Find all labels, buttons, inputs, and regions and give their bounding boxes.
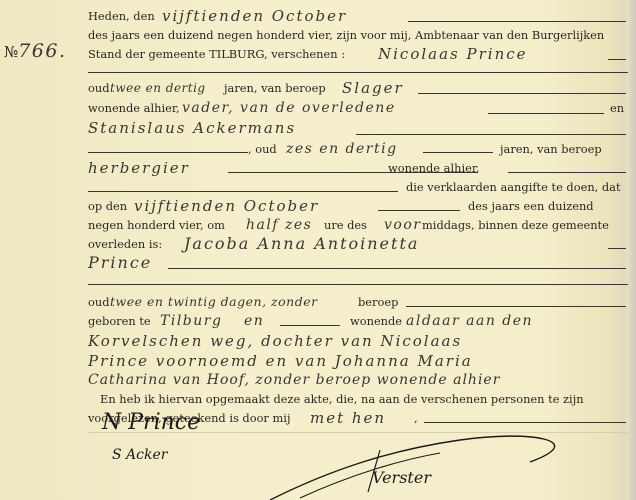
printed-text: ure des bbox=[324, 215, 367, 235]
line-16: oud twee en twintig dagen, zonder beroep bbox=[88, 292, 628, 312]
fill-line bbox=[418, 93, 626, 94]
line-17: geboren te Tilburg en wonende aldaar aan… bbox=[88, 311, 628, 331]
fill-line bbox=[608, 59, 626, 60]
printed-text: overleden is: bbox=[88, 234, 162, 254]
age-handwritten: zes en dertig bbox=[286, 139, 398, 159]
fill-line bbox=[88, 191, 398, 192]
address-parents-handwritten: Korvelschen weg, dochter van Nicolaas bbox=[88, 331, 462, 351]
printed-text: wonende bbox=[350, 311, 402, 331]
fill-line bbox=[406, 306, 626, 307]
deceased-name: Jacoba Anna Antoinetta bbox=[184, 234, 419, 254]
line-10: die verklaarden aangifte te doen, dat bbox=[88, 177, 628, 197]
printed-text: des jaars een duizend negen honderd vier… bbox=[88, 25, 604, 45]
ampm-handwritten: voor bbox=[384, 215, 421, 235]
line-2: des jaars een duizend negen honderd vier… bbox=[88, 25, 628, 45]
death-date-handwritten: vijftienden October bbox=[134, 196, 319, 216]
age-handwritten: twee en twintig dagen, zonder bbox=[110, 292, 318, 312]
record-number-prefix: № bbox=[4, 43, 18, 61]
printed-text: , oud bbox=[248, 139, 277, 159]
second-declarant-name: Stanislaus Ackermans bbox=[88, 118, 296, 138]
printed-text: oud bbox=[88, 78, 110, 98]
occupation-handwritten: herbergier bbox=[88, 158, 190, 178]
blank-line bbox=[88, 284, 628, 285]
line-8: , oud zes en dertig jaren, van beroep bbox=[88, 139, 628, 159]
blank-line bbox=[88, 72, 628, 73]
printed-text: en bbox=[610, 98, 624, 118]
fill-line bbox=[408, 21, 626, 22]
printed-text: jaren, van beroep bbox=[500, 139, 602, 159]
line-19: Prince voornoemd en van Johanna Maria bbox=[88, 351, 628, 371]
printed-text: jaren, van beroep bbox=[224, 78, 326, 98]
fill-line bbox=[356, 134, 626, 135]
printed-text: negen honderd vier, om bbox=[88, 215, 225, 235]
line-1: Heden, den vijftienden October bbox=[88, 6, 628, 26]
printed-text: die verklaarden aangifte te doen, dat bbox=[406, 177, 621, 197]
line-12: negen honderd vier, om half zes ure des … bbox=[88, 215, 628, 235]
fill-line bbox=[378, 210, 460, 211]
record-number: №766. bbox=[4, 40, 67, 62]
line-9: herbergier wonende alhier, bbox=[88, 158, 628, 178]
time-handwritten: half zes bbox=[246, 215, 312, 235]
printed-text: Stand der gemeente TILBURG, verschenen : bbox=[88, 44, 345, 64]
signature-official-flourish bbox=[270, 420, 590, 500]
fill-line bbox=[423, 152, 493, 153]
printed-text: Heden, den bbox=[88, 6, 155, 26]
printed-text: oud bbox=[88, 292, 110, 312]
fill-line bbox=[488, 113, 604, 114]
printed-text: wonende alhier, bbox=[388, 158, 480, 178]
record-number-value: 766. bbox=[18, 40, 66, 62]
line-14: Prince bbox=[88, 253, 628, 273]
printed-text: beroep bbox=[358, 292, 398, 312]
mother-handwritten: Catharina van Hoof, zonder beroep wonend… bbox=[88, 370, 500, 390]
printed-text: middags, binnen deze gemeente bbox=[422, 215, 609, 235]
deceased-surname: Prince bbox=[88, 253, 152, 273]
line-5: oud twee en dertig jaren, van beroep Sla… bbox=[88, 78, 628, 98]
date-handwritten: vijftienden October bbox=[162, 6, 347, 26]
and-handwritten: en bbox=[244, 311, 264, 331]
printed-text: En heb ik hiervan opgemaakt deze akte, d… bbox=[100, 389, 584, 409]
line-20: Catharina van Hoof, zonder beroep wonend… bbox=[88, 370, 628, 390]
fill-line bbox=[168, 268, 626, 269]
fill-line bbox=[88, 152, 248, 153]
parents-handwritten: Prince voornoemd en van Johanna Maria bbox=[88, 351, 473, 371]
fill-line bbox=[280, 325, 340, 326]
signature-declarant-1: N Prince bbox=[102, 410, 200, 435]
occupation-handwritten: Slager bbox=[342, 78, 404, 98]
printed-text: wonende alhier, bbox=[88, 98, 180, 118]
document-page: №766. Heden, den vijftienden October des… bbox=[0, 0, 636, 500]
printed-text: geboren te bbox=[88, 311, 151, 331]
printed-text: op den bbox=[88, 196, 127, 216]
fill-line bbox=[508, 172, 626, 173]
line-7: Stanislaus Ackermans bbox=[88, 118, 628, 138]
fill-line bbox=[608, 248, 626, 249]
age-handwritten: twee en dertig bbox=[110, 78, 206, 98]
line-3: Stand der gemeente TILBURG, verschenen :… bbox=[88, 44, 628, 64]
declarant-name: Nicolaas Prince bbox=[378, 44, 528, 64]
printed-text: des jaars een duizend bbox=[468, 196, 594, 216]
relation-handwritten: vader, van de overledene bbox=[182, 98, 396, 118]
line-21: En heb ik hiervan opgemaakt deze akte, d… bbox=[100, 389, 636, 409]
line-11: op den vijftienden October des jaars een… bbox=[88, 196, 628, 216]
line-6: wonende alhier, vader, van de overledene… bbox=[88, 98, 628, 118]
residence-handwritten: aldaar aan den bbox=[406, 311, 533, 331]
line-13: overleden is: Jacoba Anna Antoinetta bbox=[88, 234, 628, 254]
signature-declarant-2: S Acker bbox=[112, 447, 167, 463]
birthplace-handwritten: Tilburg bbox=[160, 311, 222, 331]
signature-official: Verster bbox=[372, 468, 431, 487]
line-18: Korvelschen weg, dochter van Nicolaas bbox=[88, 331, 628, 351]
